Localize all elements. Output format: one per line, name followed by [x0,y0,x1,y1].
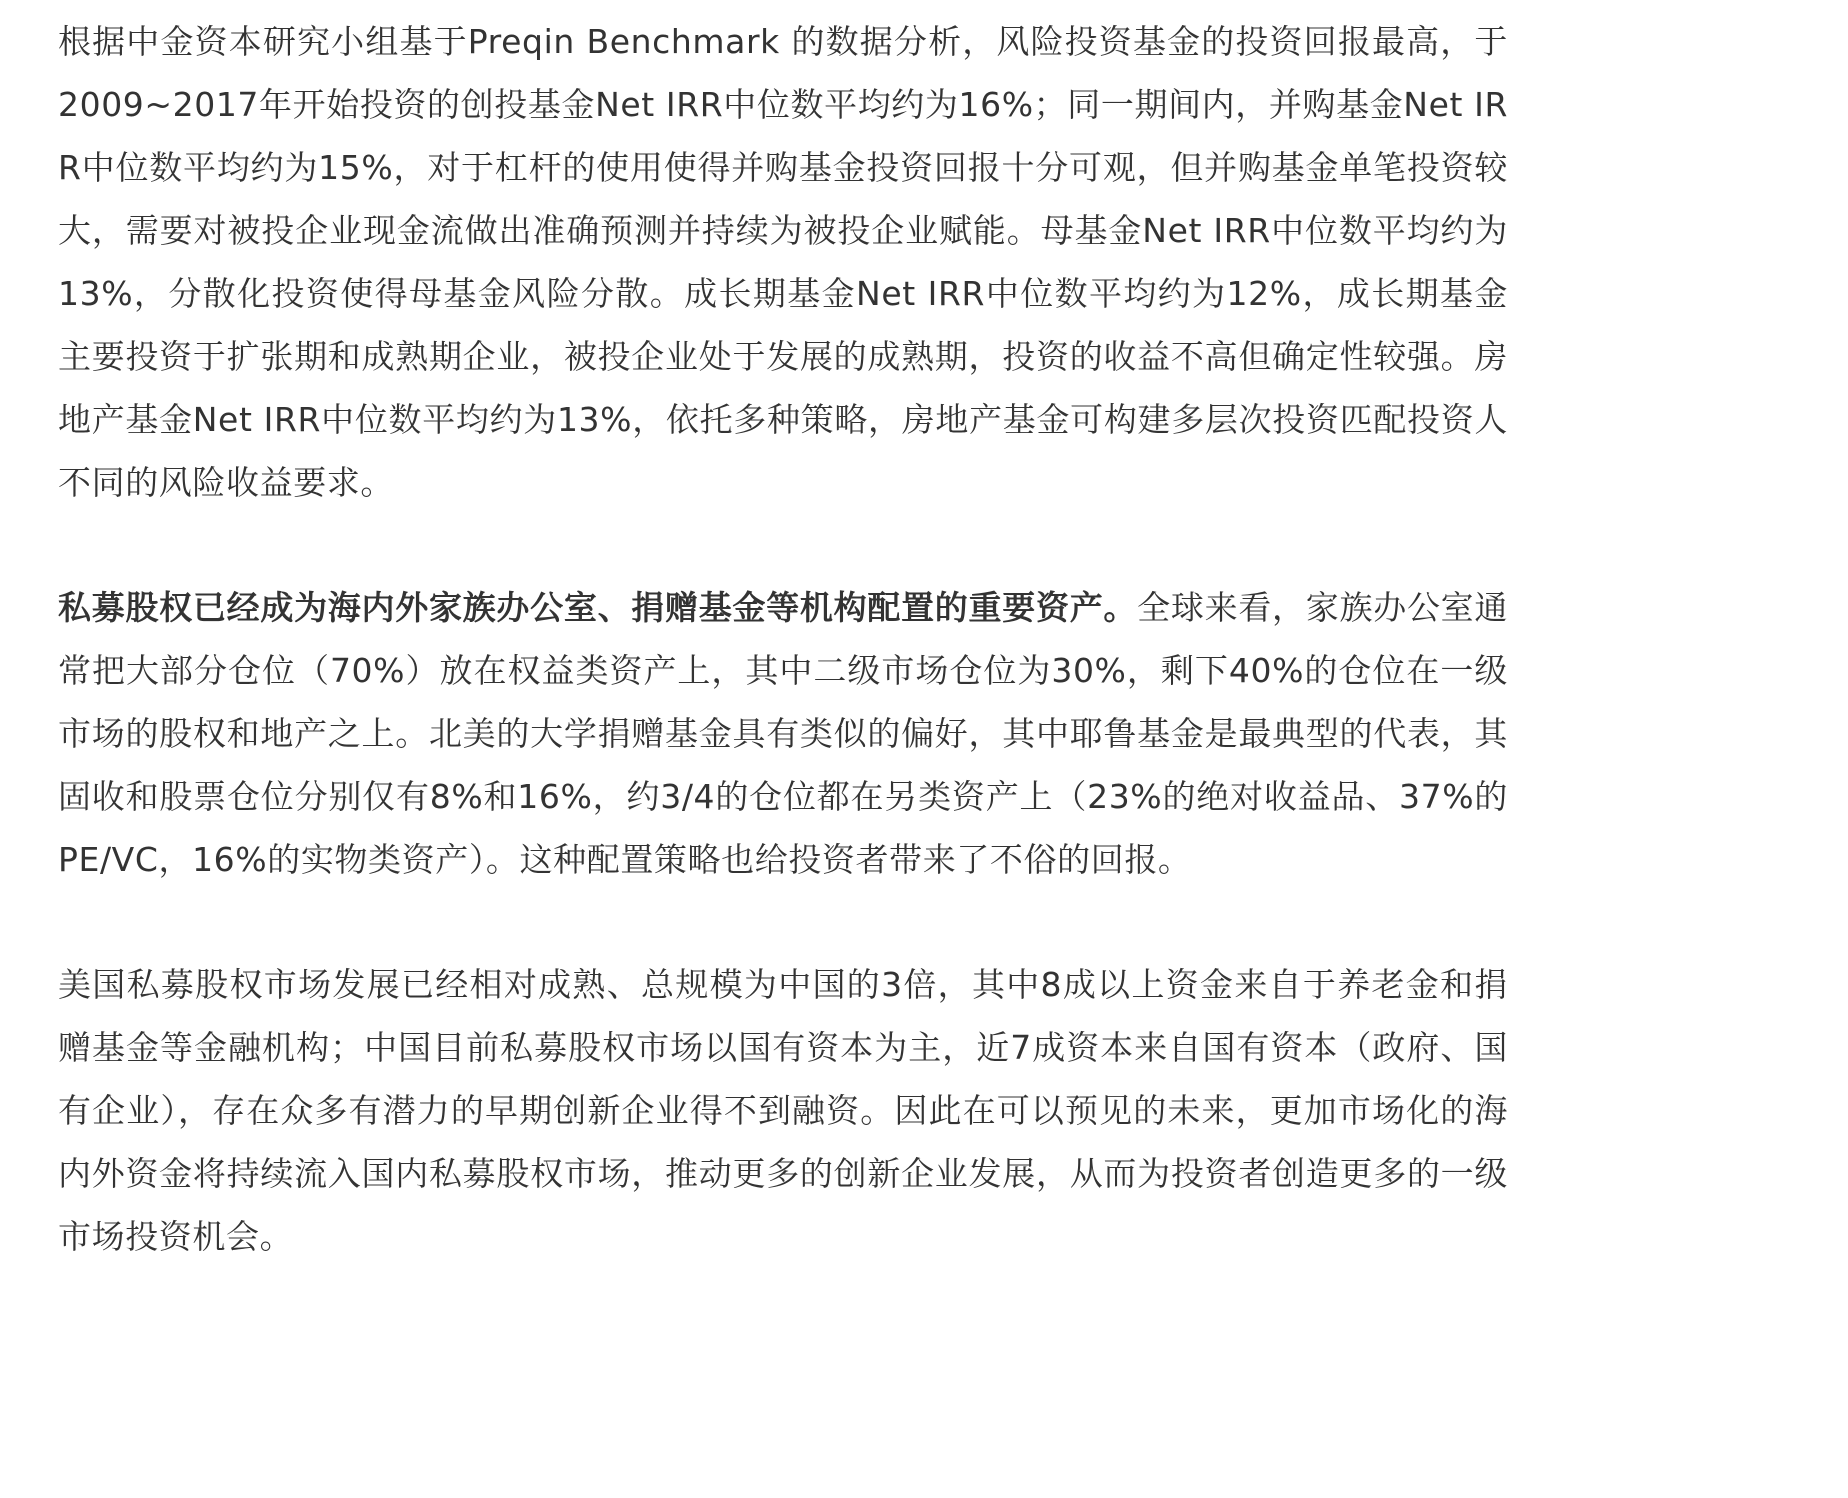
paragraph-us-vs-china-market: 美国私募股权市场发展已经相对成熟、总规模为中国的3倍，其中8成以上资金来自于养老… [58,953,1508,1268]
paragraph-returns-by-fund-type: 根据中金资本研究小组基于Preqin Benchmark 的数据分析，风险投资基… [58,10,1508,514]
paragraph-asset-allocation: 私募股权已经成为海内外家族办公室、捐赠基金等机构配置的重要资产。全球来看，家族办… [58,576,1508,891]
article-body: 根据中金资本研究小组基于Preqin Benchmark 的数据分析，风险投资基… [58,10,1508,1330]
paragraph-text: 根据中金资本研究小组基于Preqin Benchmark 的数据分析，风险投资基… [58,22,1508,502]
paragraph-text: 全球来看，家族办公室通常把大部分仓位（70%）放在权益类资产上，其中二级市场仓位… [58,588,1508,879]
paragraph-bold-lead: 私募股权已经成为海内外家族办公室、捐赠基金等机构配置的重要资产。 [58,588,1137,627]
paragraph-text: 美国私募股权市场发展已经相对成熟、总规模为中国的3倍，其中8成以上资金来自于养老… [58,965,1508,1256]
